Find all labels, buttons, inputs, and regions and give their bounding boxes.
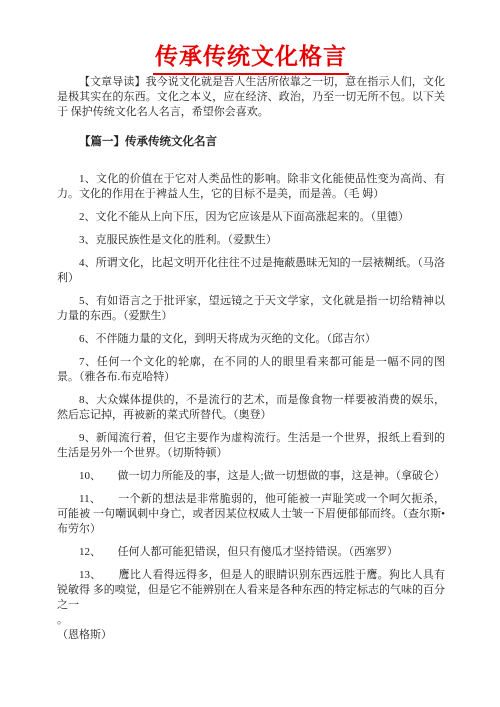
quote-list: 1、文化的价值在于它对人类品性的影响。除非文化能使品性变为高尚、有力。文化的作用…	[57, 172, 445, 643]
quote-paragraph-2: 2、文化不能从上向下压，因为它应该是从下面高涨起来的。（里德）	[57, 210, 445, 225]
quote-paragraph-11: 11、 一个新的想法是非常脆弱的，他可能被一声耻笑或一个呵欠扼杀，可能被 一句嘲…	[57, 492, 445, 537]
quote-paragraph-10: 10、 做一切力所能及的事，这是人;做一切想做的事，这是神。（拿破仑）	[57, 469, 445, 484]
quote-paragraph-1: 1、文化的价值在于它对人类品性的影响。除非文化能使品性变为高尚、有力。文化的作用…	[57, 172, 445, 202]
quote-paragraph-5: 5、有如语言之于批评家，望远镜之于天文学家，文化就是指一切给精神以力量的东西。（…	[57, 294, 445, 324]
quote-paragraph-4: 4、所谓文化，比起文明开化往往不过是掩蔽愚昧无知的一层裱糊纸。（马洛利）	[57, 256, 445, 286]
title-container: 传承传统文化格言	[57, 44, 445, 75]
quote-paragraph-13: 13、 鹰比人看得远得多，但是人的眼睛识别东西远胜于鹰。狗比人具有锐敏得 多的嗅…	[57, 568, 445, 643]
quote-paragraph-8: 8、大众媒体提供的，不是流行的艺术，而是像食物一样要被消费的娱乐，然后忘记掉，再…	[57, 393, 445, 423]
quote-paragraph-12: 12、 任何人都可能犯错误，但只有傻瓜才坚持错误。（西塞罗）	[57, 545, 445, 560]
section-heading: 【篇一】传承传统文化名言	[57, 135, 445, 150]
quote-paragraph-7: 7、任何一个文化的轮廓，在不同的人的眼里看来都可能是一幅不同的图景。（雅各布.布…	[57, 355, 445, 385]
document-page: 传承传统文化格言 【文章导读】我今说文化就是吾人生活所依靠之一切，意在指示人们，…	[0, 0, 500, 707]
quote-paragraph-9: 9、新闻流行着，但它主要作为虚构流行。生活是一个世界，报纸上看到的生活是另外一个…	[57, 431, 445, 461]
quote-paragraph-3: 3、克服民族性是文化的胜利。（爱默生）	[57, 233, 445, 248]
quote-paragraph-6: 6、不伴随力量的文化，到明天将成为灭绝的文化。（邱吉尔）	[57, 332, 445, 347]
intro-paragraph: 【文章导读】我今说文化就是吾人生活所依靠之一切，意在指示人们，文化是极其实在的东…	[57, 75, 445, 120]
document-title: 传承传统文化格言	[153, 44, 349, 75]
